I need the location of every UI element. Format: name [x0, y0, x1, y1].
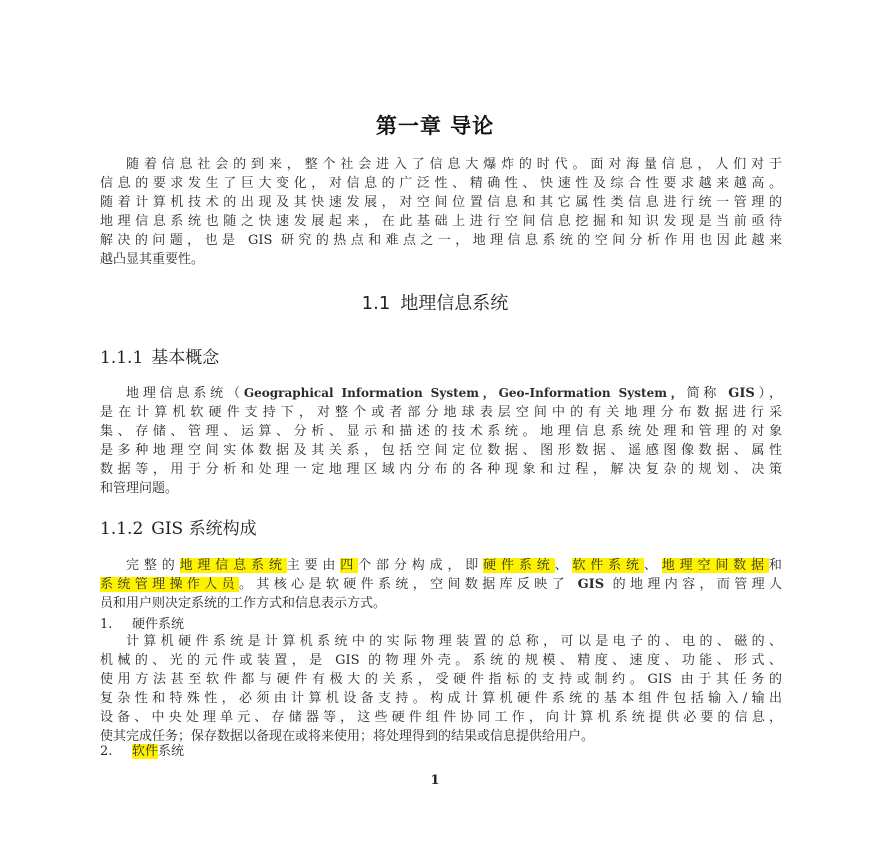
text-line: 和管理问题。 — [100, 479, 782, 498]
text-line: 集、存储、管理、运算、分析、显示和描述的技术系统。地理信息系统处理和管理的对象 — [100, 422, 782, 441]
text-segment: 、 — [555, 558, 573, 573]
text-line: 地理信息系统（Geographical Information System，G… — [100, 384, 782, 403]
section-number: 1.1 — [362, 293, 391, 314]
text-segment: 主要由 — [287, 558, 341, 573]
text-line: 是在计算机软硬件支持下，对整个或者部分地球表层空间中的有关地理分布数据进行采 — [100, 403, 782, 422]
text-line: 完整的地理信息系统主要由四个部分构成，即硬件系统、软件系统、地理空间数据和 — [100, 556, 782, 575]
gis-composition-paragraph: 完整的地理信息系统主要由四个部分构成，即硬件系统、软件系统、地理空间数据和 系统… — [100, 556, 782, 613]
highlighted-term: 四 — [340, 558, 358, 573]
text-segment: 和 — [769, 558, 782, 573]
list-item-title: 硬件系统 — [132, 617, 184, 632]
list-item-title: 系统 — [158, 744, 184, 759]
text-line: 机械的、光的元件或装置，是 GIS 的物理外壳。系统的规模、精度、速度、功能、形… — [100, 651, 782, 670]
text-line: 随着计算机技术的出现及其快速发展，对空间位置信息和其它属性类信息进行统一管理的 — [100, 193, 782, 212]
text-line: 数据等，用于分析和处理一定地理区域内分布的各种现象和过程，解决复杂的规划、决策 — [100, 460, 782, 479]
intro-paragraph: 随着信息社会的到来，整个社会进入了信息大爆炸的时代。面对海量信息，人们对于 信息… — [100, 155, 782, 269]
highlighted-term: 地理信息系统 — [180, 558, 287, 573]
text-line: 使其完成任务；保存数据以备现在或将来使用；将处理得到的结果或信息提供给用户。 — [100, 727, 782, 746]
subsection-number: 1.1.1 — [100, 348, 143, 368]
section-title-text: 地理信息系统 — [400, 293, 508, 314]
highlighted-term: 软件 — [132, 744, 158, 759]
text-line: 使用方法甚至软件都与硬件有极大的关系，受硬件指标的支持或制约。GIS 由于其任务… — [100, 670, 782, 689]
list-item-software: 2.软件系统 — [100, 740, 184, 759]
hardware-paragraph: 计算机硬件系统是计算机系统中的实际物理装置的总称，可以是电子的、电的、磁的、 机… — [100, 632, 782, 746]
text-segment: 完整的 — [126, 558, 180, 573]
chapter-title: 第一章 导论 — [0, 110, 870, 140]
subsection-title-text: GIS 系统构成 — [151, 519, 256, 539]
text-line: 员和用户则决定系统的工作方式和信息表示方式。 — [100, 594, 782, 613]
text-segment: ）， — [755, 386, 782, 401]
basic-concept-paragraph: 地理信息系统（Geographical Information System，G… — [100, 384, 782, 498]
text-segment: 、 — [644, 558, 662, 573]
text-line: 信息的要求发生了巨大变化，对信息的广泛性、精确性、快速性及综合性要求越来越高。 — [100, 174, 782, 193]
text-line: 解决的问题，也是 GIS 研究的热点和难点之一，地理信息系统的空间分析作用也因此… — [100, 231, 782, 250]
text-line: 设备、中央处理单元、存储器等，这些硬件组件协同工作，向计算机系统提供必要的信息， — [100, 708, 782, 727]
text-line: 复杂性和特殊性，必须由计算机设备支持。构成计算机硬件系统的基本组件包括输入/输出 — [100, 689, 782, 708]
english-term: Geographical Information System，Geo-Info… — [244, 386, 687, 400]
text-segment: 地理信息系统（ — [126, 386, 244, 401]
text-segment: 个部分构成，即 — [358, 558, 483, 573]
subsection-title-text: 基本概念 — [151, 348, 219, 368]
abbreviation: GIS — [578, 577, 605, 592]
text-line: 越凸显其重要性。 — [100, 250, 782, 269]
highlighted-term: 系统管理操作人员 — [100, 577, 239, 592]
text-segment: 的地理内容，而管理人 — [604, 577, 782, 592]
document-page: 第一章 导论 随着信息社会的到来，整个社会进入了信息大爆炸的时代。面对海量信息，… — [0, 0, 870, 842]
list-number: 1. — [100, 617, 132, 632]
list-item-hardware: 1.硬件系统 — [100, 613, 184, 632]
subsection-heading-1-1-1: 1.1.1基本概念 — [100, 343, 219, 368]
highlighted-term: 地理空间数据 — [662, 558, 769, 573]
highlighted-term: 硬件系统 — [483, 558, 554, 573]
text-line: 系统管理操作人员。其核心是软硬件系统，空间数据库反映了 GIS 的地理内容，而管… — [100, 575, 782, 594]
list-number: 2. — [100, 744, 132, 759]
abbreviation: GIS — [728, 386, 755, 401]
text-segment: 。其核心是软硬件系统，空间数据库反映了 — [239, 577, 578, 592]
page-number: 1 — [0, 773, 870, 788]
text-line: 随着信息社会的到来，整个社会进入了信息大爆炸的时代。面对海量信息，人们对于 — [100, 155, 782, 174]
subsection-heading-1-1-2: 1.1.2GIS 系统构成 — [100, 514, 257, 539]
text-line: 计算机硬件系统是计算机系统中的实际物理装置的总称，可以是电子的、电的、磁的、 — [100, 632, 782, 651]
highlighted-term: 软件系统 — [572, 558, 643, 573]
section-heading-1-1: 1.1地理信息系统 — [0, 289, 870, 315]
text-line: 是多种地理空间实体数据及其关系，包括空间定位数据、图形数据、遥感图像数据、属性 — [100, 441, 782, 460]
text-segment: 简称 — [687, 386, 729, 401]
subsection-number: 1.1.2 — [100, 519, 143, 539]
text-line: 地理信息系统也随之快速发展起来，在此基础上进行空间信息挖掘和知识发现是当前亟待 — [100, 212, 782, 231]
